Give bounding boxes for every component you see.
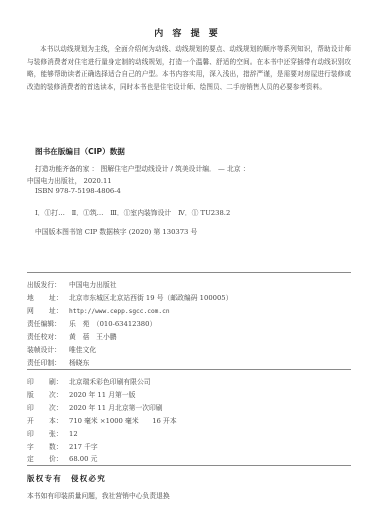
return-notice: 本书如有印装质量问题，我社营销中心负责退换 [27, 490, 170, 500]
editor-row: 责任编辑：乐 苑 （010-63412380） [27, 318, 156, 328]
cip-title-line: 打造功能齐备的家 ： 图解住宅户型动线设计 / 筑美设计编． — 北京 ： [35, 163, 250, 173]
website-label: 网址： [27, 305, 69, 315]
design-row: 装帧设计：唯佳文化 [27, 344, 96, 354]
edition-row: 版次：2020 年 11 月第一版 [27, 389, 135, 399]
editor-value: 乐 苑 （010-63412380） [69, 320, 156, 328]
printing-row: 印次：2020 年 11 月北京第一次印刷 [27, 402, 163, 412]
divider-1 [27, 272, 351, 273]
cip-classification: Ⅰ．①打… Ⅱ．①筑… Ⅲ．①室内装饰设计 Ⅳ．① TU238.2 [35, 207, 230, 217]
divider-2 [27, 369, 351, 370]
proofreader-label: 责任校对： [27, 331, 69, 341]
publisher-label: 出版发行： [27, 279, 69, 289]
cip-isbn: ISBN 978-7-5198-4806-4 [35, 187, 121, 195]
sheets-row: 印张：12 [27, 428, 78, 438]
proofreader-value: 黄 蓓 王小鹏 [69, 333, 117, 341]
summary-title: 内 容 提 要 [0, 26, 375, 39]
price-row: 定价：68.00 元 [27, 453, 97, 463]
design-label: 装帧设计： [27, 344, 69, 354]
word-count-value: 217 千字 [69, 443, 98, 451]
editor-label: 责任编辑： [27, 318, 69, 328]
website-row: 网址：http://www.cepp.sgcc.com.cn [27, 305, 170, 315]
cip-number: 中国版本图书馆 CIP 数据核字 (2020) 第 130373 号 [35, 226, 197, 236]
print-supervisor-label: 责任印制： [27, 357, 69, 367]
address-value: 北京市东城区北京站西街 19 号（邮政编码 100005） [69, 294, 232, 302]
website-link[interactable]: http://www.cepp.sgcc.com.cn [69, 308, 170, 315]
sheets-value: 12 [69, 430, 78, 438]
address-label: 地址： [27, 292, 69, 302]
publisher-row: 出版发行：中国电力出版社 [27, 279, 117, 289]
edition-value: 2020 年 11 月第一版 [69, 391, 135, 399]
summary-paragraph: 本书以动线规划为主线，全面介绍何为动线、动线规划的要点、动线规划的顺序等系列知识… [27, 43, 351, 94]
price-value: 68.00 元 [69, 455, 97, 463]
proofreader-row: 责任校对：黄 蓓 王小鹏 [27, 331, 117, 341]
format-value: 710 毫米 ×1000 毫米 16 开本 [69, 417, 177, 425]
word-count-row: 字数：217 千字 [27, 441, 98, 451]
printer-value: 北京瑞禾彩色印刷有限公司 [69, 378, 151, 386]
format-row: 开本：710 毫米 ×1000 毫米 16 开本 [27, 415, 177, 425]
cip-publisher-line: 中国电力出版社， 2020.11 [27, 175, 112, 185]
address-row: 地址：北京市东城区北京站西街 19 号（邮政编码 100005） [27, 292, 232, 302]
cip-header: 图书在版编目（CIP）数据 [35, 146, 125, 157]
copyright-title: 版权专有 侵权必究 [27, 473, 106, 484]
publisher-value: 中国电力出版社 [69, 281, 117, 289]
printer-row: 印刷：北京瑞禾彩色印刷有限公司 [27, 376, 151, 386]
print-supervisor-row: 责任印制：杨晓东 [27, 357, 89, 367]
design-value: 唯佳文化 [69, 346, 96, 354]
printing-value: 2020 年 11 月北京第一次印刷 [69, 404, 163, 412]
divider-3 [27, 465, 351, 466]
print-supervisor-value: 杨晓东 [69, 359, 89, 367]
